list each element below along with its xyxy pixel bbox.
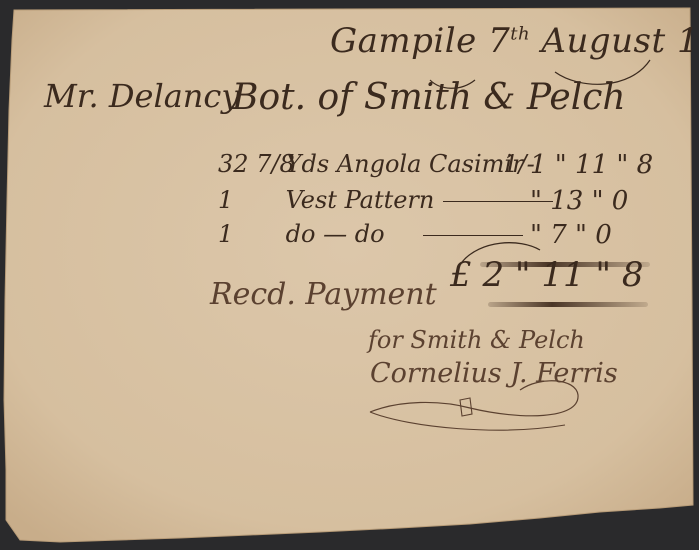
item-amount: " 7 " 0	[530, 220, 612, 250]
line-item: 1 do — do	[218, 220, 563, 248]
item-amount: " 13 " 0	[530, 186, 628, 216]
item-qty: 1	[218, 186, 278, 214]
receipt-paper: Gampile 7th August 1819 Mr. Delancy Bot.…	[0, 0, 699, 550]
customer-name: Mr. Delancy	[44, 80, 239, 112]
item-amount: 1 " 11 " 8	[530, 150, 653, 180]
date-day-suffix: th	[510, 24, 530, 45]
place-name: Gampile	[330, 21, 477, 61]
signature: Cornelius J. Ferris	[370, 360, 618, 387]
date-line: Gampile 7th August 1819	[330, 24, 699, 58]
date-month-year: August 1819	[541, 21, 699, 61]
received-payment-line: Recd. Payment	[210, 280, 437, 310]
total-bottom-rule	[488, 302, 648, 307]
seller-line: Bot. of Smith & Pelch	[232, 80, 626, 116]
item-description: Vest Pattern	[286, 186, 436, 214]
line-item: 32 7/8 Yds Angola Casimir 1/-	[218, 150, 563, 178]
item-description: Yds Angola Casimir	[286, 150, 496, 178]
item-qty: 1	[218, 220, 278, 248]
item-description: do — do	[286, 220, 416, 248]
item-dash-rule	[423, 235, 523, 236]
date-day: 7	[488, 21, 510, 61]
total-amount: £ 2 " 11 " 8	[450, 255, 643, 295]
item-qty: 32 7/8	[218, 150, 278, 178]
for-firm-line: for Smith & Pelch	[368, 328, 585, 352]
